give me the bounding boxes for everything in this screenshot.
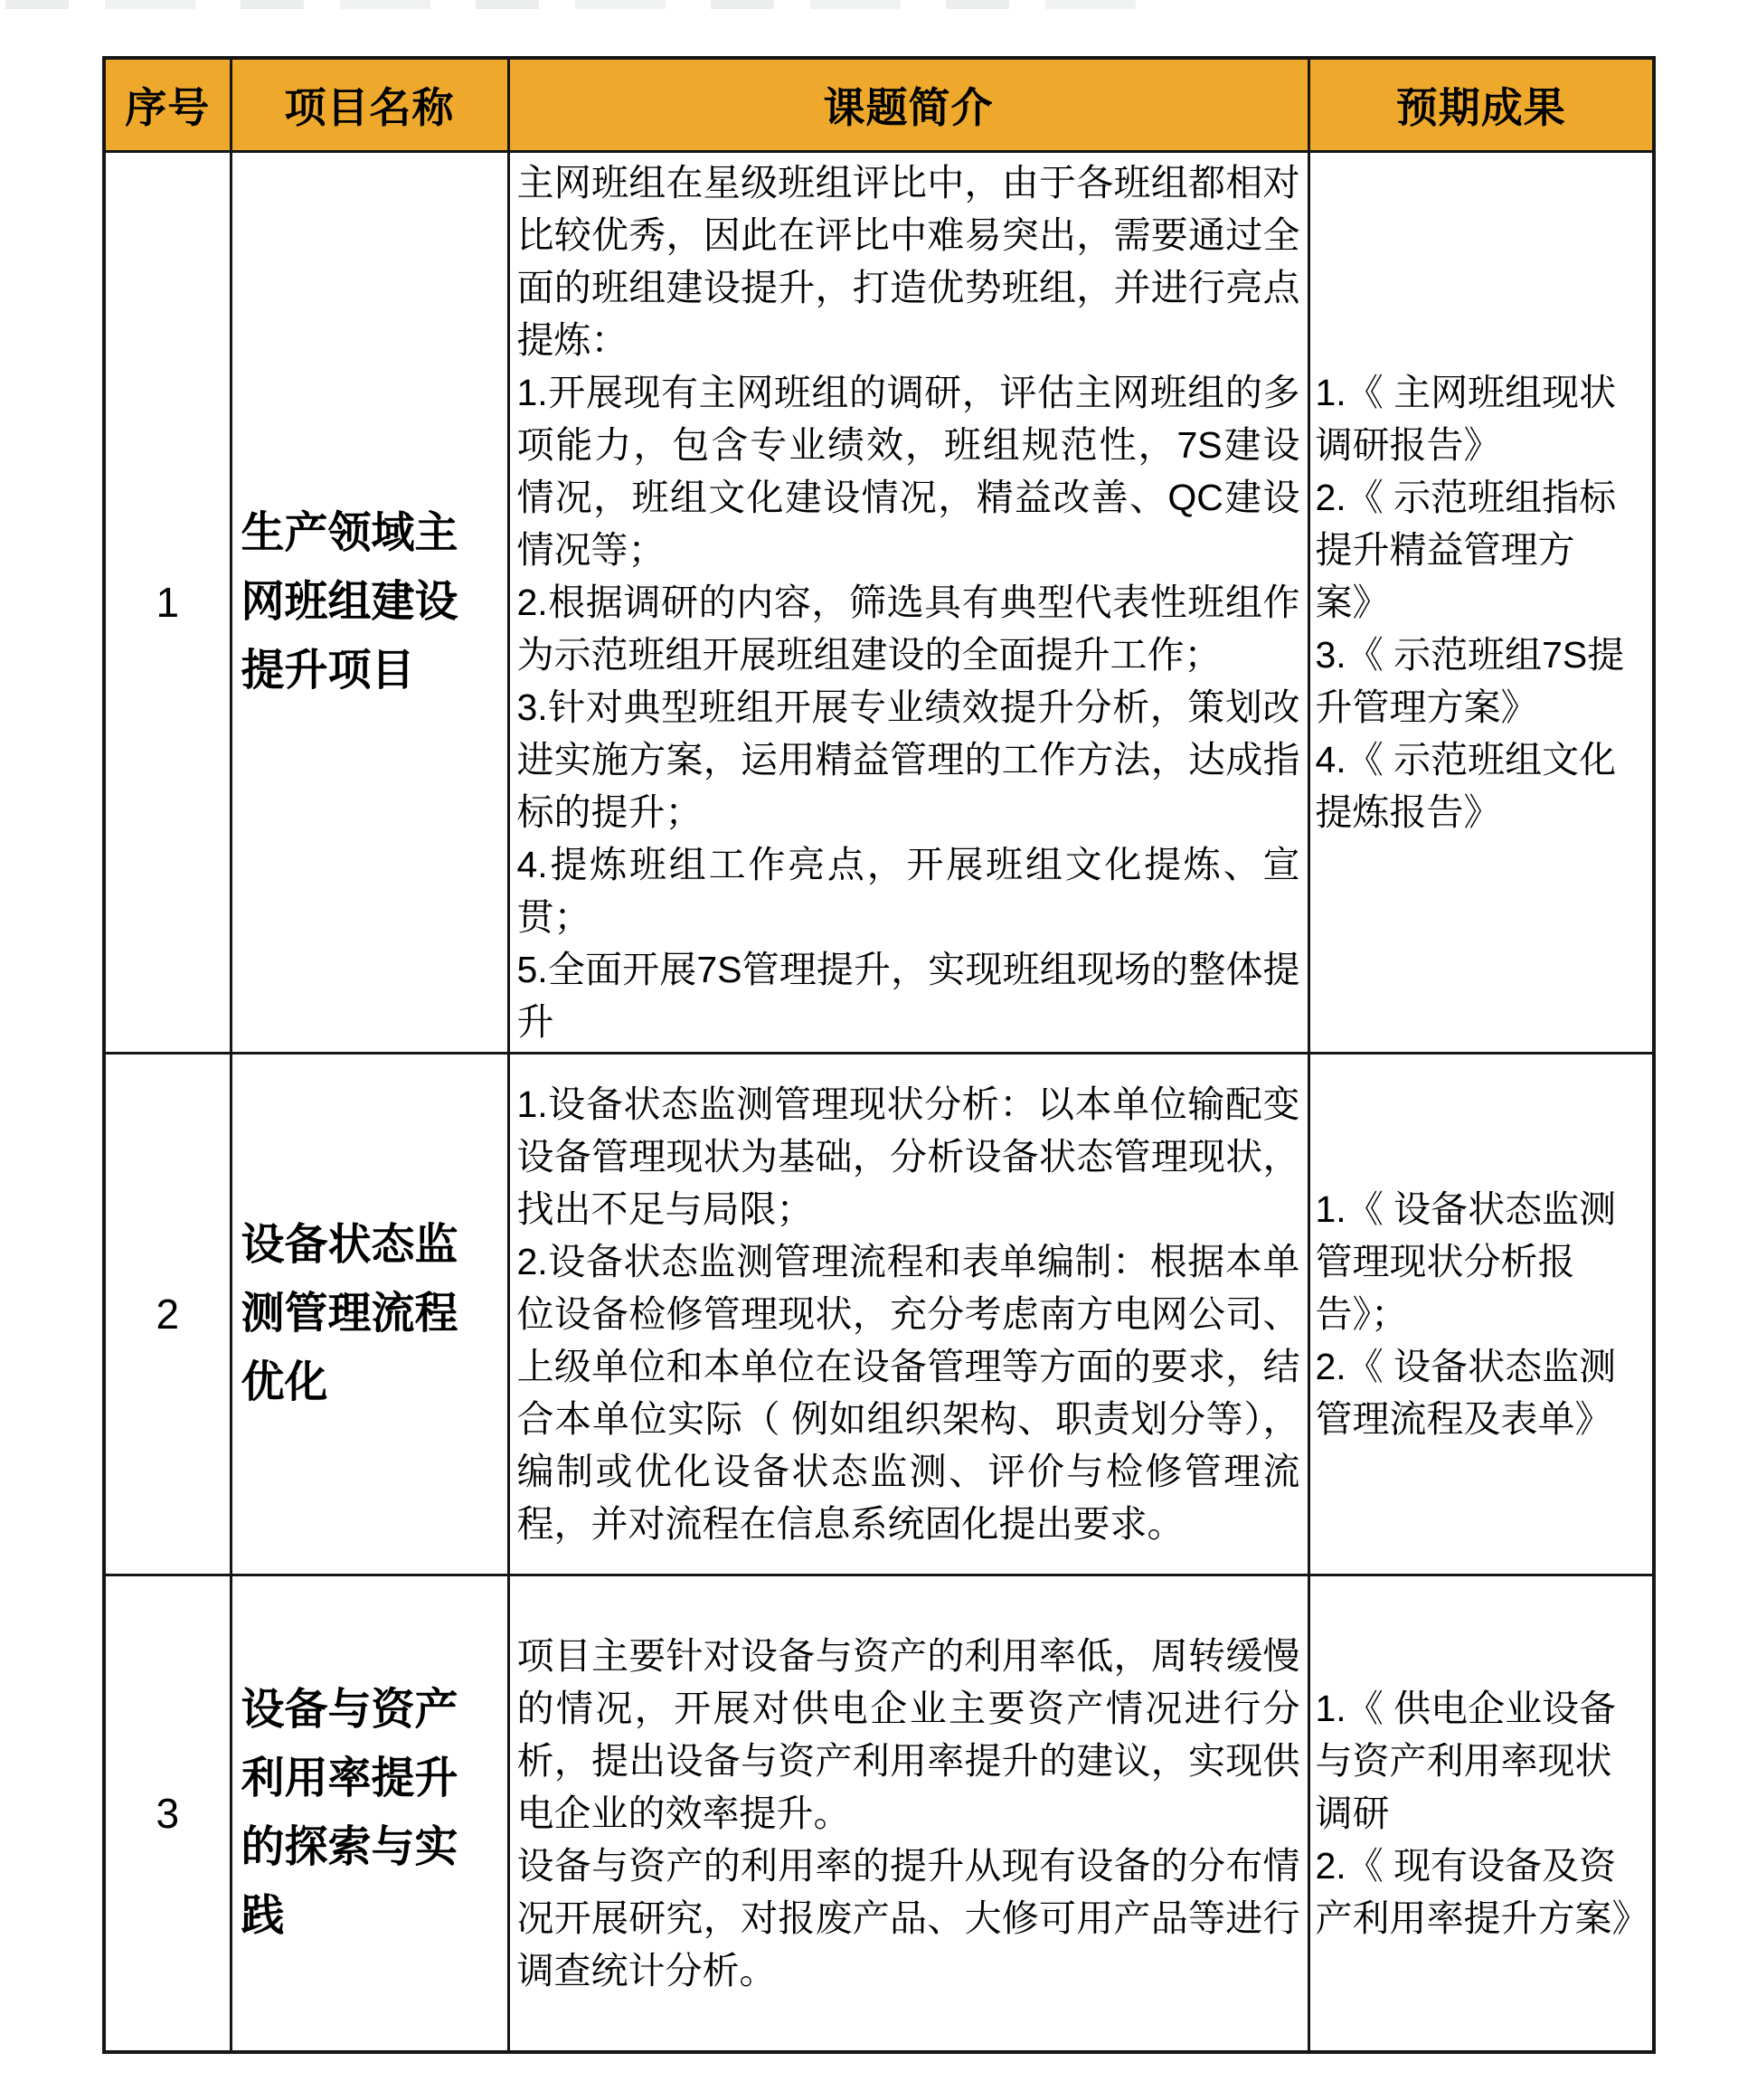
header-cell-project-name: 项目名称 [231,58,508,151]
row-index: 2 [104,1053,231,1575]
summary-cell: 项目主要针对设备与资产的利用率低，周转缓慢的情况，开展对供电企业主要资产情况进行… [508,1575,1308,2052]
project-name-cell: 设备状态监测管理流程优化 [231,1053,508,1575]
table-row: 3 设备与资产利用率提升的探索与实践 项目主要针对设备与资产的利用率低，周转缓慢… [104,1575,1654,2052]
header-row: 序号 项目名称 课题简介 预期成果 [104,58,1654,151]
projects-table: 序号 项目名称 课题简介 预期成果 1 生产领域主网班组建设提升项目 主网班组在… [102,56,1656,2054]
outcomes-cell: 1.《 设备状态监测管理现状分析报告》； 2.《 设备状态监测管理流程及表单》 [1308,1053,1654,1575]
table-row: 2 设备状态监测管理流程优化 1.设备状态监测管理现状分析：以本单位输配变设备管… [104,1053,1654,1575]
summary-cell: 主网班组在星级班组评比中，由于各班组都相对比较优秀，因此在评比中难易突出，需要通… [508,151,1308,1053]
summary-cell: 1.设备状态监测管理现状分析：以本单位输配变设备管理现状为基础，分析设备状态管理… [508,1053,1308,1575]
header-cell-outcomes: 预期成果 [1308,58,1654,151]
project-name-cell: 设备与资产利用率提升的探索与实践 [231,1575,508,2052]
header-cell-index: 序号 [104,58,231,151]
header-cell-summary: 课题简介 [508,58,1308,151]
outcomes-cell: 1.《 供电企业设备与资产利用率现状调研 2.《 现有设备及资产利用率提升方案》 [1308,1575,1654,2052]
outcomes-cell: 1.《 主网班组现状调研报告》 2.《 示范班组指标提升精益管理方案》 3.《 … [1308,151,1654,1053]
row-index: 3 [104,1575,231,2052]
cropped-content-artifact [5,0,1136,9]
project-name-cell: 生产领域主网班组建设提升项目 [231,151,508,1053]
table-row: 1 生产领域主网班组建设提升项目 主网班组在星级班组评比中，由于各班组都相对比较… [104,151,1654,1053]
projects-table-container: 序号 项目名称 课题简介 预期成果 1 生产领域主网班组建设提升项目 主网班组在… [102,56,1656,2054]
row-index: 1 [104,151,231,1053]
